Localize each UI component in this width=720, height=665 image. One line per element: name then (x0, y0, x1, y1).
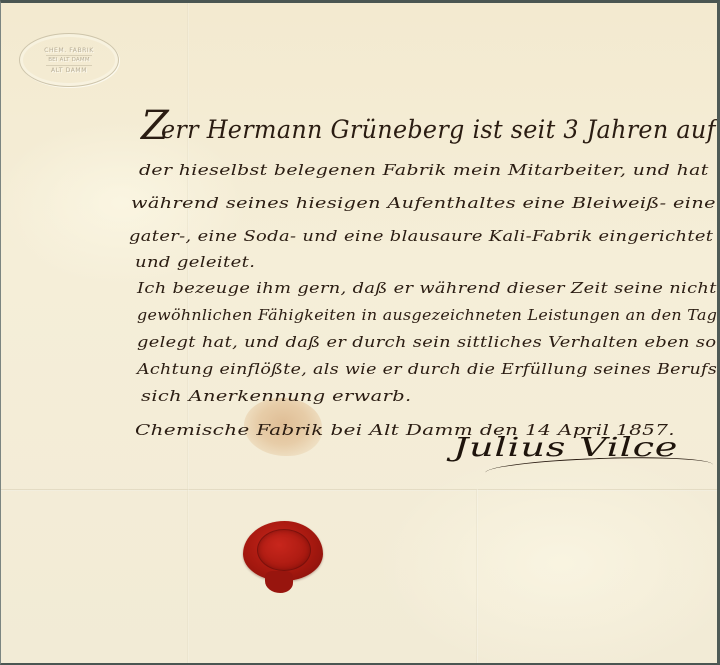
stamp-line-1: CHEM. FABRIK (44, 46, 94, 55)
letter-line-2: der hieselbst belegenen Fabrik mein Mita… (139, 161, 709, 179)
document-frame: CHEM. FABRIK BEI ALT DAMM ALT DAMM Z err… (0, 0, 720, 665)
letter-line-5: und geleitet. (135, 253, 255, 271)
stamp-line-2: BEI ALT DAMM (46, 55, 92, 66)
letter-line-6: Ich bezeuge ihm gern, daß er während die… (137, 279, 717, 297)
letter-line-7: gewöhnlichen Fähigkeiten in ausgezeichne… (137, 306, 717, 324)
letter-paper: CHEM. FABRIK BEI ALT DAMM ALT DAMM Z err… (1, 3, 717, 663)
letter-line-8: gelegt hat, und daß er durch sein sittli… (137, 333, 716, 351)
embossed-stamp: CHEM. FABRIK BEI ALT DAMM ALT DAMM (19, 33, 119, 87)
letter-line-1: err Hermann Grüneberg ist seit 3 Jahren … (161, 115, 716, 144)
letter-line-10: sich Anerkennung erwarb. (141, 387, 412, 405)
wax-seal-drip (265, 571, 293, 593)
stamp-line-3: ALT DAMM (51, 66, 87, 75)
letter-line-9: Achtung einflößte, als wie er durch die … (137, 360, 717, 378)
letter-line-3: während seines hiesigen Aufenthaltes ein… (131, 194, 716, 212)
letter-line-4: gater-, eine Soda- und eine blausaure Ka… (129, 227, 713, 245)
vertical-fold-line-right (476, 489, 478, 663)
horizontal-fold-line (1, 489, 717, 491)
